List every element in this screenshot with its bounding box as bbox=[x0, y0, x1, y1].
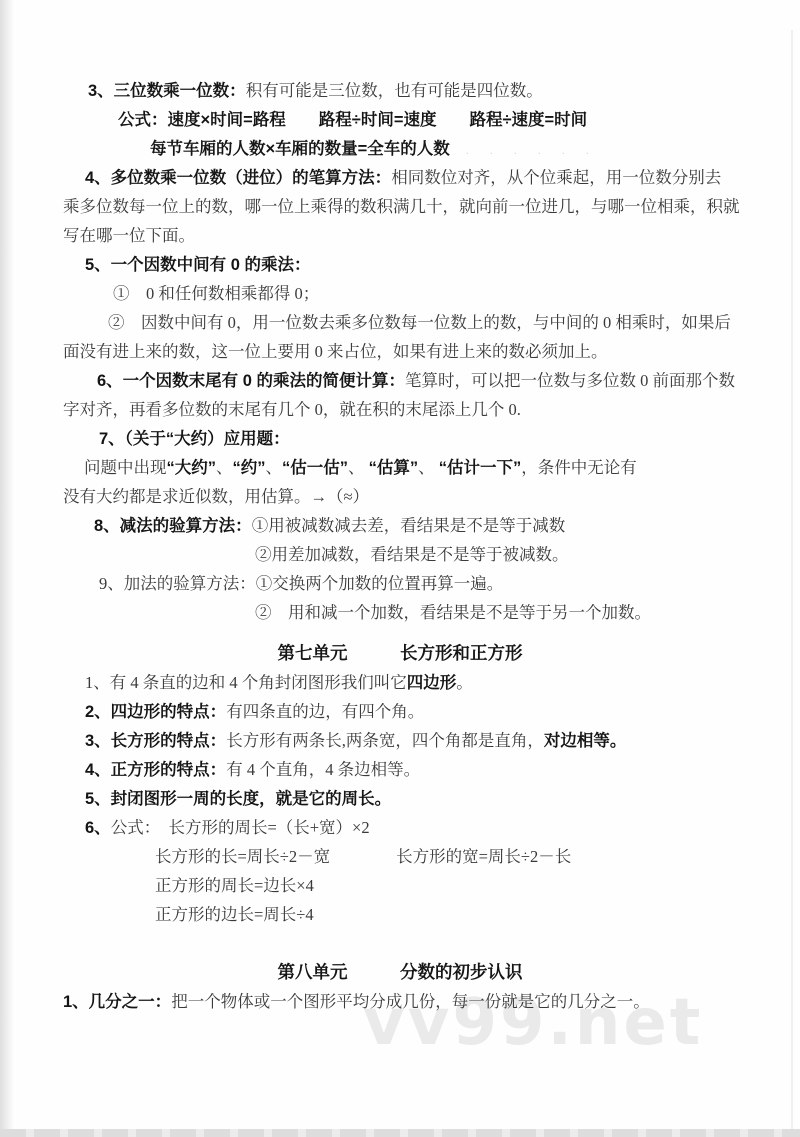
scanned-document-page: vv99.net 3、三位数乘一位数：积有可能是三位数，也有可能是四位数。公式：… bbox=[0, 0, 800, 1137]
text-line: 写在哪一位下面。 bbox=[0, 221, 800, 250]
text-line: 字对齐，再看多位数的末尾有几个 0，就在积的末尾添上几个 0. bbox=[0, 395, 800, 424]
bold-text-segment: “估一估” bbox=[282, 459, 348, 477]
text-segment: ①用被减数减去差，看结果是不是等于减数 bbox=[252, 516, 566, 535]
text-segment: ②用差加减数，看结果是不是等于被减数。 bbox=[255, 545, 569, 564]
bold-text-segment: 5、一个因数中间有 0 的乘法： bbox=[85, 256, 311, 274]
bold-text-segment: 每节车厢的人数×车厢的数量=全车的人数 bbox=[150, 140, 450, 158]
text-line: 面没有进上来的数，这一位上要用 0 来占位，如果有进上来的数必须加上。 bbox=[0, 337, 800, 366]
text-segment: 笔算时，可以把一位数与多位数 0 前面那个数 bbox=[405, 371, 735, 390]
bold-text-segment: 7、（关于“大约）应用题： bbox=[99, 430, 290, 448]
text-segment: 、 bbox=[418, 458, 439, 477]
bold-text-segment: 2、四边形的特点： bbox=[85, 703, 226, 721]
text-line: 3、三位数乘一位数：积有可能是三位数，也有可能是四位数。 bbox=[0, 76, 800, 105]
bold-text-segment: 3、三位数乘一位数： bbox=[88, 82, 246, 100]
text-segment: 长方形有两条长,两条宽，四个角都是直角， bbox=[226, 731, 544, 750]
text-segment: 1、有 4 条直的边和 4 个角封闭图形我们叫它 bbox=[85, 673, 407, 692]
text-segment: ，条件中无论有 bbox=[521, 458, 637, 477]
bold-text-segment: “约” bbox=[233, 459, 266, 477]
text-segment: 把一个物体或一个图形平均分成几份，每一份就是它的几分之一。 bbox=[171, 992, 650, 1011]
bold-text-segment: “估算” bbox=[369, 459, 419, 477]
text-segment: 没有大约都是求近似数，用估算。→（≈） bbox=[63, 487, 369, 506]
text-line: 没有大约都是求近似数，用估算。→（≈） bbox=[0, 482, 800, 511]
bold-text-segment: 6、一个因数末尾有 0 的乘法的简便计算： bbox=[97, 372, 405, 390]
text-segment: 有 4 个直角，4 条边相等。 bbox=[226, 760, 420, 779]
bold-text-segment: 4、正方形的特点： bbox=[85, 761, 226, 779]
section-heading: 第八单元 分数的初步认识 bbox=[0, 958, 800, 987]
text-segment: 正方形的边长=周长÷4 bbox=[155, 905, 314, 924]
text-line: 1、几分之一：把一个物体或一个图形平均分成几份，每一份就是它的几分之一。 bbox=[0, 987, 800, 1016]
bold-text-segment: “估计一下” bbox=[439, 459, 522, 477]
text-line: 6、公式： 长方形的周长=（长+宽）×2 bbox=[0, 813, 800, 842]
text-segment: 问题中出现 bbox=[84, 458, 167, 477]
text-line: ② 因数中间有 0，用一位数去乘多位数每一位数上的数，与中间的 0 相乘时，如果… bbox=[0, 308, 800, 337]
text-line: 4、多位数乘一位数（进位）的笔算方法：相同数位对齐，从个位乘起，用一位数分别去 bbox=[0, 163, 800, 192]
bold-text-segment: 6、 bbox=[85, 819, 111, 837]
section-heading: 第七单元 长方形和正方形 bbox=[0, 639, 800, 668]
text-line: 乘多位数每一位上的数，哪一位上乘得的数积满几十，就向前一位进几，与哪一位相乘，积… bbox=[0, 192, 800, 221]
text-line: 长方形的长=周长÷2－宽 长方形的宽=周长÷2－长 bbox=[0, 842, 800, 871]
text-line: ②用差加减数，看结果是不是等于被减数。 bbox=[0, 540, 800, 569]
text-line: 5、一个因数中间有 0 的乘法： bbox=[0, 250, 800, 279]
text-segment: 长方形的长=周长÷2－宽 长方形的宽=周长÷2－长 bbox=[155, 847, 571, 866]
text-segment: 相同数位对齐，从个位乘起，用一位数分别去 bbox=[391, 168, 721, 187]
text-line: 9、加法的验算方法：①交换两个加数的位置再算一遍。 bbox=[0, 569, 800, 598]
text-segment: 。 bbox=[456, 673, 473, 692]
bold-text-segment: 四边形 bbox=[407, 674, 457, 692]
text-line: 正方形的周长=边长×4 bbox=[0, 871, 800, 900]
bold-text-segment: 5、封闭图形一周的长度，就是它的周长。 bbox=[85, 790, 391, 808]
text-line: 8、减法的验算方法：①用被减数减去差，看结果是不是等于减数 bbox=[0, 511, 800, 540]
scan-edge-bottom-strip bbox=[0, 1129, 800, 1137]
text-segment: ② 用和减一个加数，看结果是不是等于另一个加数。 bbox=[255, 603, 651, 622]
bold-text-segment: 第八单元 分数的初步认识 bbox=[278, 962, 523, 982]
text-line: ② 用和减一个加数，看结果是不是等于另一个加数。 bbox=[0, 598, 800, 627]
text-segment: 字对齐，再看多位数的末尾有几个 0，就在积的末尾添上几个 0. bbox=[63, 400, 521, 419]
bold-text-segment: 第七单元 长方形和正方形 bbox=[278, 643, 523, 663]
text-segment: 积有可能是三位数，也有可能是四位数。 bbox=[246, 81, 543, 100]
text-segment: ② 因数中间有 0，用一位数去乘多位数每一位数上的数，与中间的 0 相乘时，如果… bbox=[108, 313, 731, 332]
text-segment: 面没有进上来的数，这一位上要用 0 来占位，如果有进上来的数必须加上。 bbox=[63, 342, 608, 361]
text-line: ① 0 和任何数相乘都得 0； bbox=[0, 279, 800, 308]
text-segment: 有四条直的边，有四个角。 bbox=[226, 702, 424, 721]
text-segment: 、 bbox=[348, 458, 369, 477]
text-line: 3、长方形的特点：长方形有两条长,两条宽，四个角都是直角，对边相等。 bbox=[0, 726, 800, 755]
text-line: 6、一个因数末尾有 0 的乘法的简便计算：笔算时，可以把一位数与多位数 0 前面… bbox=[0, 366, 800, 395]
text-line: 5、封闭图形一周的长度，就是它的周长。 bbox=[0, 784, 800, 813]
text-segment: 乘多位数每一位上的数，哪一位上乘得的数积满几十，就向前一位进几，与哪一位相乘，积… bbox=[63, 197, 740, 216]
bold-text-segment: 公式：速度×时间=路程 路程÷时间=速度 路程÷速度=时间 bbox=[118, 111, 587, 129]
bold-text-segment: “大约” bbox=[167, 459, 217, 477]
text-segment: 9、加法的验算方法：①交换两个加数的位置再算一遍。 bbox=[99, 574, 503, 593]
text-line: 每节车厢的人数×车厢的数量=全车的人数 . . . . . . bbox=[0, 134, 800, 163]
text-segment: 、 bbox=[266, 458, 283, 477]
text-segment: 、 bbox=[216, 458, 233, 477]
text-line: 7、（关于“大约）应用题： bbox=[0, 424, 800, 453]
text-segment: 写在哪一位下面。 bbox=[63, 226, 195, 245]
bold-text-segment: 8、减法的验算方法： bbox=[94, 517, 252, 535]
text-segment: 公式： 长方形的周长=（长+宽）×2 bbox=[111, 818, 370, 837]
bold-text-segment: 3、长方形的特点： bbox=[85, 732, 226, 750]
text-segment: 正方形的周长=边长×4 bbox=[155, 876, 314, 895]
text-line: 正方形的边长=周长÷4 bbox=[0, 900, 800, 929]
bold-text-segment: 1、几分之一： bbox=[63, 993, 171, 1011]
document-body: 3、三位数乘一位数：积有可能是三位数，也有可能是四位数。公式：速度×时间=路程 … bbox=[0, 0, 800, 1016]
text-line: 4、正方形的特点：有 4 个直角，4 条边相等。 bbox=[0, 755, 800, 784]
scan-dots-artifact: . . . . . . bbox=[450, 143, 594, 157]
text-line: 1、有 4 条直的边和 4 个角封闭图形我们叫它四边形。 bbox=[0, 668, 800, 697]
text-line: 公式：速度×时间=路程 路程÷时间=速度 路程÷速度=时间 bbox=[0, 105, 800, 134]
text-line: 问题中出现“大约”、“约”、“估一估”、 “估算”、 “估计一下”，条件中无论有 bbox=[0, 453, 800, 482]
text-segment: ① 0 和任何数相乘都得 0； bbox=[113, 284, 319, 303]
bold-text-segment: 4、多位数乘一位数（进位）的笔算方法： bbox=[85, 169, 391, 187]
bold-text-segment: 对边相等。 bbox=[544, 732, 627, 750]
text-line: 2、四边形的特点：有四条直的边，有四个角。 bbox=[0, 697, 800, 726]
